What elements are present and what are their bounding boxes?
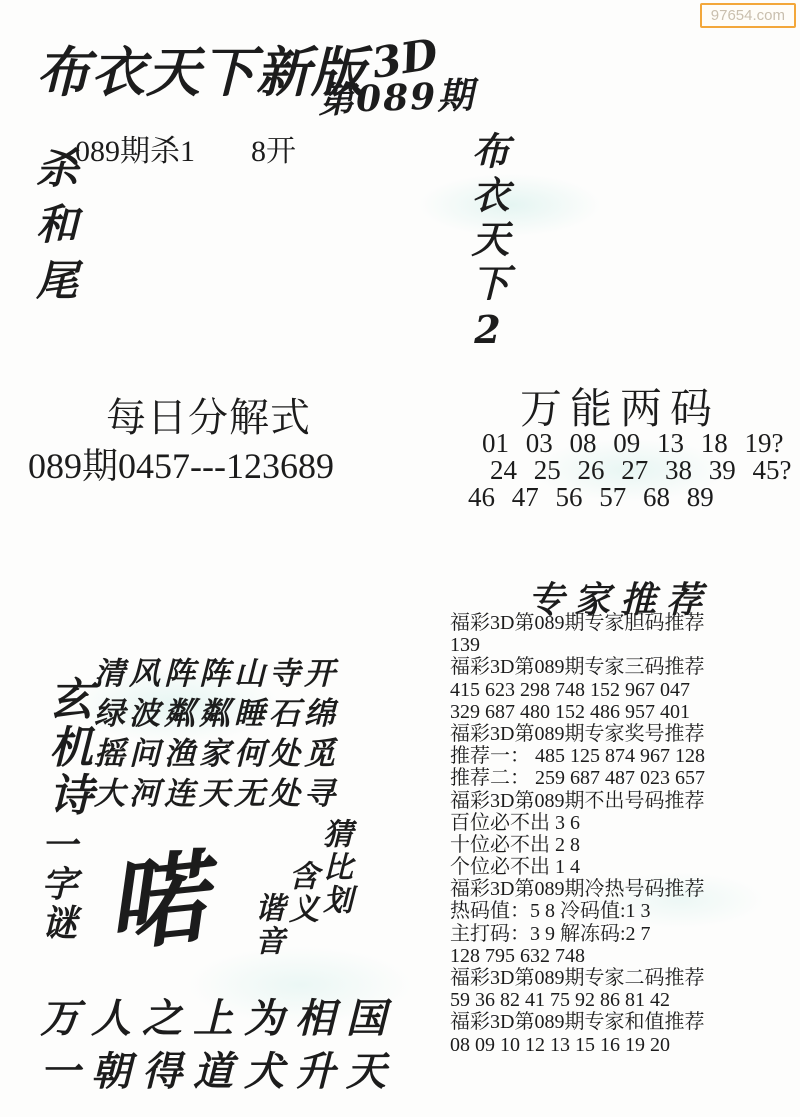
expert-line: 十位必不出 2 8 <box>450 834 798 856</box>
daily-breakdown-formula: 089期0457---123689 <box>28 438 334 489</box>
expert-line: 福彩3D第089期专家奖号推荐 <box>450 723 798 745</box>
riddle-answer-char: 喏 <box>101 847 211 957</box>
expert-line: 推荐一： 485 125 874 967 128 <box>450 745 798 767</box>
expert-line: 329 687 480 152 486 957 401 <box>450 701 798 723</box>
expert-recommendations: 福彩3D第089期专家胆码推荐 139 福彩3D第089期专家三码推荐 415 … <box>450 612 798 1056</box>
couplet-line: 一朝得道犬升天 <box>40 1045 397 1098</box>
expert-line: 福彩3D第089期专家胆码推荐 <box>450 612 798 634</box>
site-watermark: 97654.com <box>700 3 796 28</box>
kill-text: 089期杀1 <box>75 135 195 168</box>
poem-line: 摇问渔家何处觅 <box>94 734 339 774</box>
kill-info-line: 089期杀18开 <box>75 126 296 170</box>
expert-line: 139 <box>450 634 798 656</box>
daily-breakdown-title: 每日分解式 <box>106 386 311 443</box>
mystery-poem-title: 玄机诗 <box>34 676 98 820</box>
page-title: 布衣天下新版 <box>36 30 366 107</box>
expert-line: 128 795 632 748 <box>450 945 798 967</box>
word-riddle-title: 一字谜 <box>32 826 83 943</box>
expert-line: 08 09 10 12 13 15 16 19 20 <box>450 1034 798 1056</box>
mystery-poem: 清风阵阵山寺开 绿波粼粼睡石绵 摇问渔家何处觅 大河连天无处寻 <box>94 654 339 814</box>
expert-line: 福彩3D第089期专家和值推荐 <box>450 1011 798 1033</box>
expert-line: 福彩3D第089期专家二码推荐 <box>450 967 798 989</box>
couplet-line: 万人之上为相国 <box>40 992 397 1045</box>
two-codes-title: 万能两码 <box>520 376 720 436</box>
expert-line: 福彩3D第089期冷热号码推荐 <box>450 878 798 900</box>
expert-line: 415 623 298 748 152 967 047 <box>450 679 798 701</box>
right-vertical-label: 布衣天下2 <box>460 131 515 358</box>
riddle-hint-column: 谐音 <box>244 892 288 958</box>
left-vertical-label: 杀和尾 <box>24 146 84 314</box>
expert-line: 59 36 82 41 75 92 86 81 42 <box>450 989 798 1011</box>
open-text: 8开 <box>251 135 296 168</box>
expert-line: 百位必不出 3 6 <box>450 812 798 834</box>
expert-line: 个位必不出 1 4 <box>450 856 798 878</box>
bottom-couplet: 万人之上为相国 一朝得道犬升天 <box>40 992 397 1098</box>
expert-line: 热码值：5 8 冷码值:1 3 <box>450 900 798 922</box>
expert-line: 福彩3D第089期专家三码推荐 <box>450 656 798 678</box>
issue-number: 第089期 <box>317 67 476 123</box>
poem-line: 清风阵阵山寺开 <box>94 654 339 694</box>
poem-line: 大河连天无处寻 <box>94 774 339 814</box>
expert-line: 推荐二： 259 687 487 023 657 <box>450 767 798 789</box>
expert-line: 福彩3D第089期不出号码推荐 <box>450 790 798 812</box>
expert-line: 主打码：3 9 解冻码:2 7 <box>450 923 798 945</box>
poem-line: 绿波粼粼睡石绵 <box>94 694 339 734</box>
lottery-tip-sheet: 97654.com 布衣天下新版 3D 第089期 089期杀18开 杀和尾 布… <box>0 0 800 1117</box>
two-codes-row: 46 47 56 57 68 89 <box>468 482 714 513</box>
